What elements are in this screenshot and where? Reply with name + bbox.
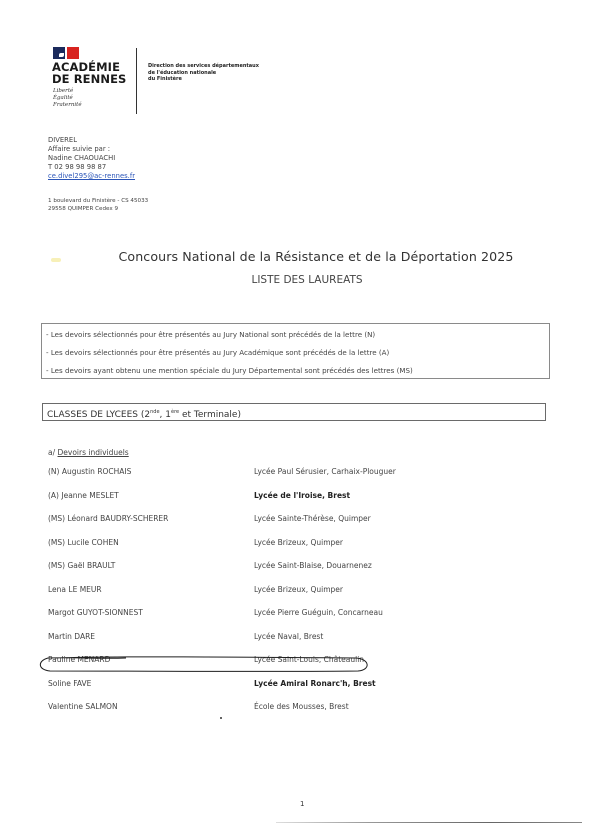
motto-liberte: Liberté (53, 88, 82, 95)
flag-blue-block (53, 47, 65, 59)
legend-box: - Les devoirs sélectionnés pour être pré… (41, 323, 550, 379)
laureate-row: (N) Augustin ROCHAISLycée Paul Sérusier,… (48, 466, 508, 490)
laureate-school: Lycée Amiral Ronarc'h, Brest (254, 678, 376, 689)
laureate-name: Soline FAVE (48, 678, 91, 689)
laureate-school: Lycée Brizeux, Quimper (254, 584, 343, 595)
laureate-school: École des Mousses, Brest (254, 701, 349, 712)
laureates-list: (N) Augustin ROCHAISLycée Paul Sérusier,… (48, 466, 508, 725)
laureate-row: (A) Jeanne MESLETLycée de l'Iroise, Bres… (48, 490, 508, 514)
section-heading-lycees: CLASSES DE LYCEES (2nde, 1ère et Termina… (42, 403, 546, 421)
motto-egalite: Égalité (53, 95, 82, 102)
header-divider (136, 48, 137, 114)
laureate-name: (MS) Lucile COHEN (48, 537, 119, 548)
document-title: Concours National de la Résistance et de… (0, 249, 594, 264)
laureate-name: Lena LE MEUR (48, 584, 102, 595)
section-mid: , 1 (160, 410, 171, 420)
section-sup-nde: nde (150, 409, 159, 415)
address-line-1: 1 boulevard du Finistère - CS 45033 (48, 198, 148, 206)
laureate-name: Martin DARE (48, 631, 95, 642)
motto-fraternite: Fraternité (53, 102, 82, 109)
laureate-row: (MS) Gaël BRAULTLycée Saint-Blaise, Doua… (48, 560, 508, 584)
contact-phone: T 02 98 98 98 87 (48, 163, 135, 172)
laureate-row: Soline FAVELycée Amiral Ronarc'h, Brest (48, 678, 508, 702)
footer-rule (276, 822, 582, 823)
republic-flag-logo-icon (53, 47, 79, 59)
laureate-name: (MS) Léonard BAUDRY-SCHERER (48, 513, 168, 524)
laureate-row: (MS) Lucile COHENLycée Brizeux, Quimper (48, 537, 508, 561)
department-name: Direction des services départementaux de… (148, 63, 259, 83)
laureate-school: Lycée de l'Iroise, Brest (254, 490, 350, 501)
academy-name-line-2: DE RENNES (52, 73, 126, 85)
laureate-row: Valentine SALMONÉcole des Mousses, Brest (48, 701, 508, 725)
service-name: DIVEREL (48, 136, 135, 145)
laureate-row: Lena LE MEURLycée Brizeux, Quimper (48, 584, 508, 608)
department-line-1: Direction des services départementaux (148, 63, 259, 70)
postal-address: 1 boulevard du Finistère - CS 45033 2955… (48, 198, 148, 213)
republic-motto: Liberté Égalité Fraternité (53, 88, 82, 109)
laureate-school: Lycée Naval, Brest (254, 631, 323, 642)
flag-red-block (67, 47, 79, 59)
document-subtitle: LISTE DES LAUREATS (0, 274, 594, 286)
laureate-name: Margot GUYOT-SIONNEST (48, 607, 143, 618)
laureate-row: Margot GUYOT-SIONNESTLycée Pierre Guégui… (48, 607, 508, 631)
laureate-row: (MS) Léonard BAUDRY-SCHERERLycée Sainte-… (48, 513, 508, 537)
contact-name: Nadine CHAOUACHI (48, 154, 135, 163)
laureate-school: Lycée Brizeux, Quimper (254, 537, 343, 548)
page-number: 1 (300, 800, 304, 808)
address-line-2: 29558 QUIMPER Cedex 9 (48, 206, 148, 214)
legend-academique: - Les devoirs sélectionnés pour être pré… (46, 344, 549, 362)
laureate-school: Lycée Sainte-Thérèse, Quimper (254, 513, 371, 524)
laureate-name: (MS) Gaël BRAULT (48, 560, 115, 571)
subheading-prefix: a/ (48, 448, 58, 457)
laureate-school: Lycée Saint-Blaise, Douarnenez (254, 560, 372, 571)
contact-block: DIVEREL Affaire suivie par : Nadine CHAO… (48, 136, 135, 181)
laureate-school: Lycée Pierre Guéguin, Concarneau (254, 607, 383, 618)
laureate-name: Valentine SALMON (48, 701, 118, 712)
subheading-label: Devoirs individuels (58, 448, 129, 457)
laureate-row: Pauline MENARDLycée Saint-Louis, Château… (48, 654, 508, 678)
legend-mention-speciale: - Les devoirs ayant obtenu une mention s… (46, 362, 549, 380)
subheading-individual: a/ Devoirs individuels (48, 448, 129, 457)
section-suffix: et Terminale) (179, 410, 241, 420)
laureate-school: Lycée Saint-Louis, Châteaulin (254, 654, 364, 665)
section-prefix: CLASSES DE LYCEES (2 (47, 410, 150, 420)
laureate-name: Pauline MENARD (48, 654, 110, 665)
department-line-3: du Finistère (148, 76, 259, 83)
contact-email-link[interactable]: ce.divel295@ac-rennes.fr (48, 172, 135, 181)
section-sup-ere: ère (171, 409, 179, 415)
stray-mark (220, 717, 222, 719)
laureate-school: Lycée Paul Sérusier, Carhaix-Plouguer (254, 466, 396, 477)
academy-name: ACADÉMIE DE RENNES (52, 61, 126, 85)
laureate-name: (A) Jeanne MESLET (48, 490, 119, 501)
legend-national: - Les devoirs sélectionnés pour être pré… (46, 326, 549, 344)
laureate-row: Martin DARELycée Naval, Brest (48, 631, 508, 655)
followed-by-label: Affaire suivie par : (48, 145, 135, 154)
laureate-name: (N) Augustin ROCHAIS (48, 466, 131, 477)
